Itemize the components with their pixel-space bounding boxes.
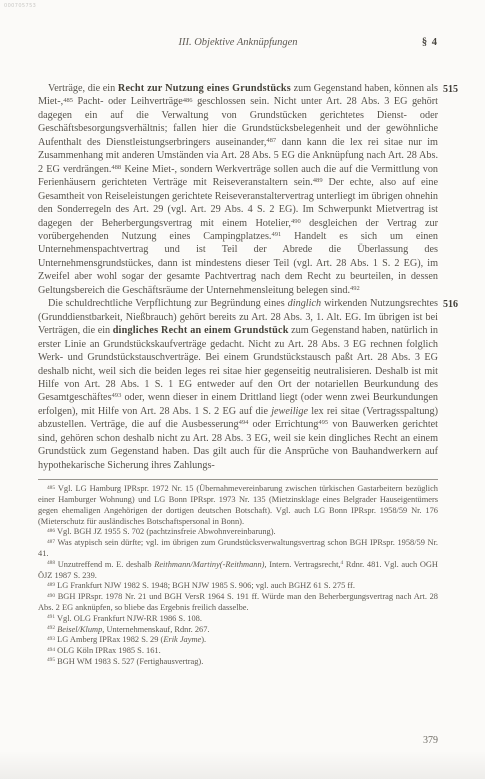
page-header: III. Objektive Anknüpfungen § 4	[38, 37, 438, 51]
footnote-488: 488 Unzutreffend m. E. deshalb Reithmann…	[38, 560, 438, 582]
footnote-490: 490 BGH IPRspr. 1978 Nr. 21 und BGH Vers…	[38, 592, 438, 614]
section-number: § 4	[422, 37, 438, 48]
running-head-title: III. Objektive Anknüpfungen	[38, 37, 438, 48]
body-paragraph-516: 516Die schuldrechtliche Verpflichtung zu…	[38, 297, 438, 472]
body-paragraph-515: 515Verträge, die ein Recht zur Nutzung e…	[38, 82, 438, 297]
footnote-494: 494 OLG Köln IPRax 1985 S. 161.	[38, 646, 438, 657]
scan-artifact-id: 000705753	[4, 3, 36, 9]
page-number: 379	[38, 735, 438, 746]
footnote-492: 492 Beisel/Klump, Unternehmenskauf, Rdnr…	[38, 625, 438, 636]
main-text: 515Verträge, die ein Recht zur Nutzung e…	[38, 82, 438, 668]
footnote-separator	[38, 479, 438, 480]
footnotes-block: 485 Vgl. LG Hamburg IPRspr. 1972 Nr. 15 …	[38, 484, 438, 668]
margin-number-515: 515	[443, 83, 458, 96]
footnote-491: 491 Vgl. OLG Frankfurt NJW-RR 1986 S. 10…	[38, 614, 438, 625]
footnote-485: 485 Vgl. LG Hamburg IPRspr. 1972 Nr. 15 …	[38, 484, 438, 527]
footnote-493: 493 LG Amberg IPRax 1982 S. 29 (Erik Jay…	[38, 635, 438, 646]
book-page: 000705753 III. Objektive Anknüpfungen § …	[0, 0, 485, 779]
footnote-489: 489 LG Frankfurt NJW 1982 S. 1948; BGH N…	[38, 581, 438, 592]
margin-number-516: 516	[443, 298, 458, 311]
footnote-487: 487 Was atypisch sein dürfte; vgl. im üb…	[38, 538, 438, 560]
footnote-495: 495 BGH WM 1983 S. 527 (Fertighausvertra…	[38, 657, 438, 668]
footnote-486: 486 Vgl. BGH JZ 1955 S. 702 (pachtzinsfr…	[38, 527, 438, 538]
